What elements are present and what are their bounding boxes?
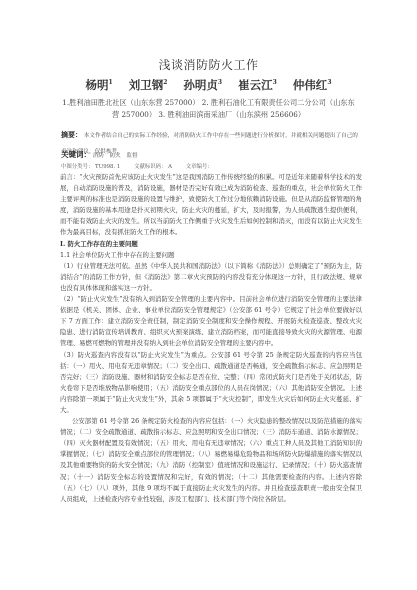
clc-number: 中图分类号： TU998. 1 [61, 164, 120, 170]
keywords: 关键词： 消防 防火 监督 [61, 149, 138, 160]
author-affil-index: 3 [273, 79, 277, 86]
paper-body: 前言：“火灾预防首先应该防止火灾发生”这是我国消防工作传统经验的积累。可是近年来… [60, 172, 362, 505]
preface-paragraph: 前言：“火灾预防首先应该防止火灾发生”这是我国消防工作传统经验的积累。可是近年来… [60, 172, 362, 239]
author: 刘卫钢2 [129, 78, 168, 92]
author-name: 崔云江 [238, 78, 273, 92]
author-affil-index: 2 [163, 79, 167, 86]
keywords-label: 关键词： [61, 150, 91, 159]
body-paragraph: （3）防火巡查内容没有以“防止火灾发生”为重点。公安部 61 号令第 25 条规… [60, 350, 362, 417]
subsection-heading: 1.1 社会单位防火工作中存在的主要问题 [60, 250, 362, 261]
paper-title: 浅谈消防防火工作 [0, 56, 417, 73]
body-paragraph: （1）行业管理无法可依。虽然《中华人民共和国消防法》（以下简称《消防法》）总则确… [60, 261, 362, 294]
paper-page: 浅谈消防防火工作 杨明1 刘卫钢2 孙明贞3 崔云江3 仲伟红3 1.胜利油田胜… [0, 0, 417, 590]
author-affil-index: 3 [327, 79, 331, 86]
author-list: 杨明1 刘卫钢2 孙明贞3 崔云江3 仲伟红3 [0, 77, 417, 93]
abstract-label: 摘要： [61, 130, 82, 139]
classification-line: 中图分类号： TU998. 1 文献标识码： A 文章编号： [61, 162, 225, 170]
body-paragraph: （2）“防止火灾发生”没有纳入到消防安全管理的主要内容中。目前社会单位进行消防安… [60, 294, 362, 349]
affiliations: 1.胜利油田胜北社区（山东东营 257000） 2. 胜利石油化工有限责任公司二… [60, 97, 357, 121]
keywords-text: 消防 防火 监督 [93, 153, 138, 159]
section-heading: I. 防火工作存在的主要问题 [60, 239, 362, 250]
author-affil-index: 3 [218, 79, 222, 86]
body-paragraph: 公安部第 61 号令第 26 条规定防火检查的内容应包括：（一）火灾隐患的整改情… [60, 416, 362, 505]
author-name: 仲伟红 [293, 78, 328, 92]
author-affil-index: 1 [109, 79, 113, 86]
author: 孙明贞3 [183, 78, 222, 92]
document-code: 文献标识码： A [134, 164, 172, 170]
author: 杨明1 [86, 78, 113, 92]
article-number: 文章编号： [186, 164, 213, 170]
author: 崔云江3 [238, 78, 277, 92]
author-name: 杨明 [86, 78, 109, 92]
author: 仲伟红3 [293, 78, 332, 92]
author-name: 刘卫钢 [129, 78, 164, 92]
author-name: 孙明贞 [183, 78, 218, 92]
